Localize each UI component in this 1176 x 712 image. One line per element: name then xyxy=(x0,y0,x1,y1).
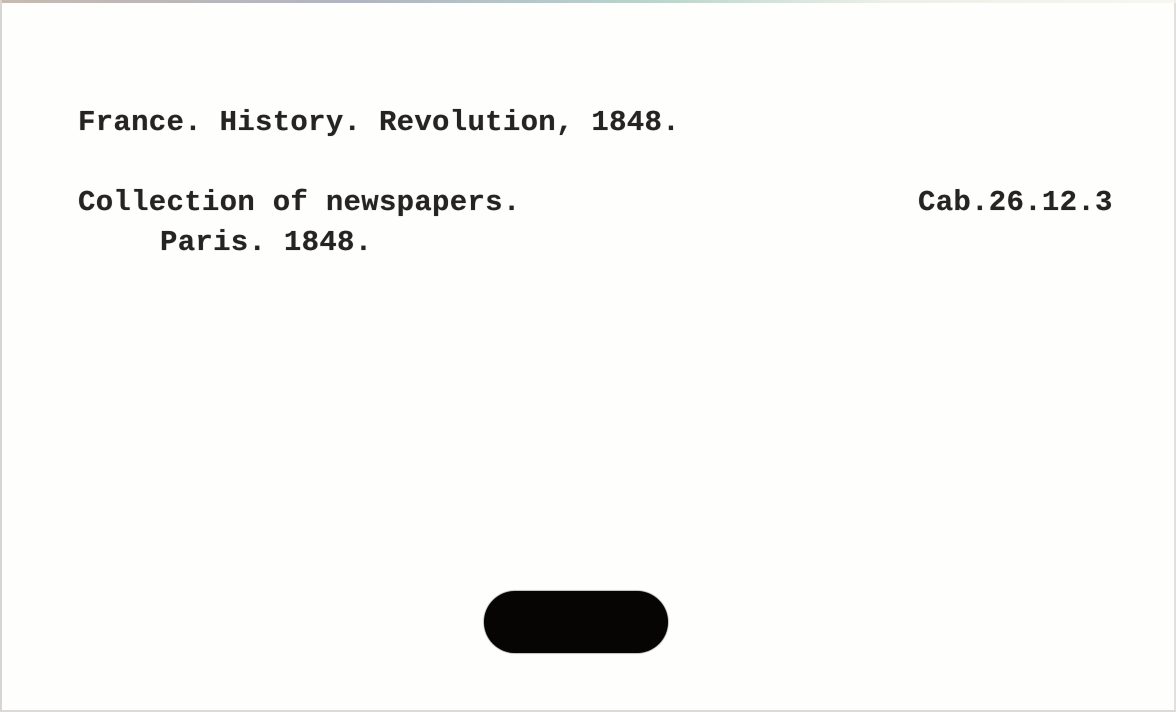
imprint-line: Paris. 1848. xyxy=(160,228,372,257)
catalog-card: France. History. Revolution, 1848. Colle… xyxy=(0,0,1176,712)
redaction-mark xyxy=(484,591,668,653)
title-line: Collection of newspapers. xyxy=(78,188,521,217)
subject-heading: France. History. Revolution, 1848. xyxy=(78,108,680,137)
call-number: Cab.26.12.3 xyxy=(918,188,1113,217)
card-top-edge xyxy=(2,0,1176,3)
